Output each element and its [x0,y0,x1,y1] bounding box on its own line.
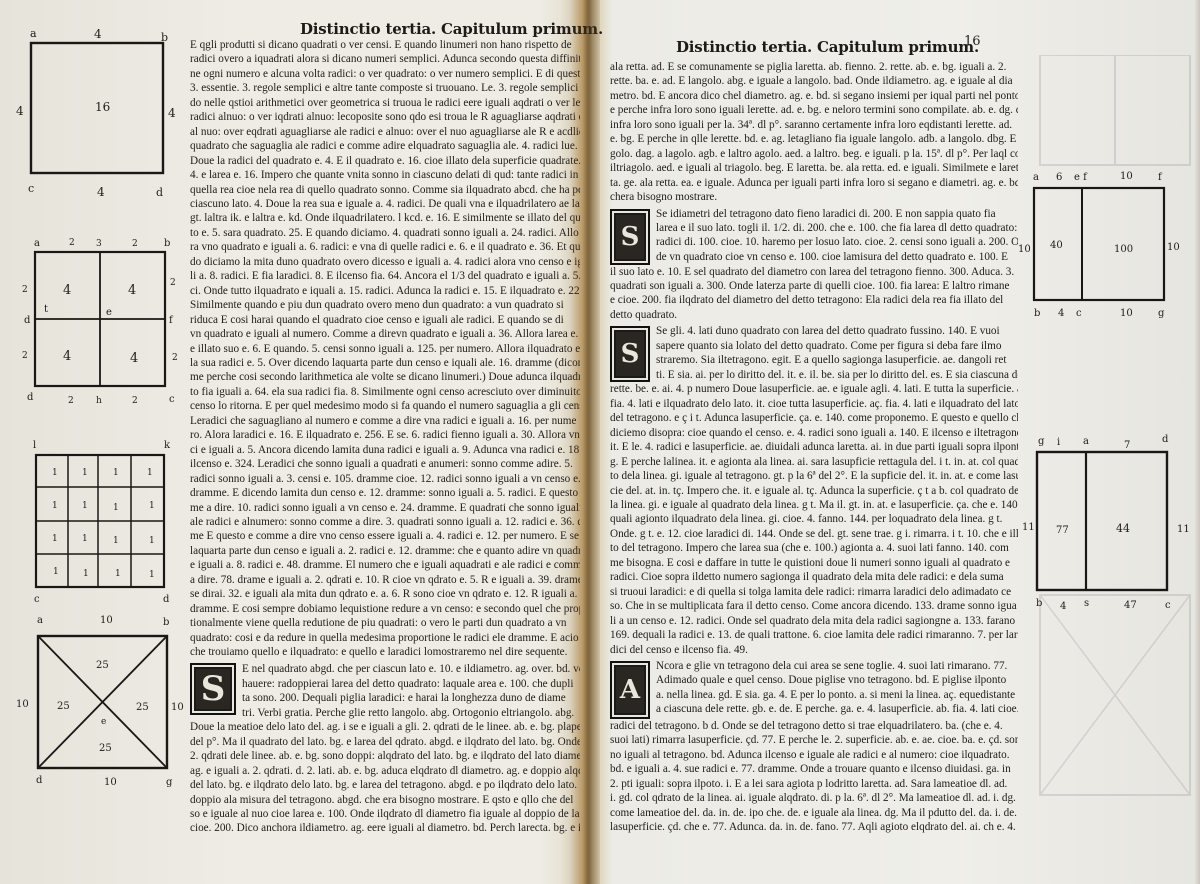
text-line: E qgli produtti si dicano quadrati o ver… [190,38,580,52]
area-label: 25 [99,743,112,754]
left-page: Distinctio tertia. Capitulum primum. a b… [0,0,585,884]
side-label: 2 [132,239,138,249]
text-line: ne ogni numero e alcuna volta radici: o … [190,67,580,81]
text-line: to e. 5. sara quadrato. 25. E quando dic… [190,226,580,240]
side-label: 10 [1120,171,1133,182]
corner-label: d [1162,434,1169,445]
cell-label: 1 [113,503,119,513]
point-label: e [101,717,106,727]
right-paragraph-block3: A Ncora e glie vn tetragono dela cui are… [610,659,1018,835]
area-label: 4 [63,283,71,298]
text-line: dramme. E dicendo lamita dun censo e. 12… [190,486,580,500]
text-line: Se idiametri del tetragono dato fieno la… [656,207,1018,221]
corner-label: a [37,615,43,626]
corner-label: a [30,27,37,40]
point-label: e [106,307,112,318]
side-label: 11 [1177,524,1190,535]
cell-label: 1 [53,567,59,577]
page-edge-shadow [1194,0,1200,884]
text-line: do diciamo la mita duno quadrato overo d… [190,255,580,269]
right-running-head: Distinctio tertia. Capitulum primum. [676,38,979,56]
text-line: 3. essentie. 3. regole semplici e altre … [190,81,580,95]
text-line: li a un censo e. 12. radici. Onde sel qu… [610,614,1018,628]
text-line: tri. Verbi gratia. Perche glie retto lan… [242,706,580,720]
text-line: me a dire. 10. radici sonno iguali a vn … [190,501,580,515]
text-line: sapere quanto sia lolato del detto quadr… [656,339,1018,353]
text-line: ciascuno lato. 4. Doue la rea sua e igua… [190,197,580,211]
area-label: 100 [1114,244,1133,255]
corner-label: c [169,394,175,405]
corner-label: g [1158,308,1165,319]
page-number: 16 [964,34,981,49]
text-line: hauere: radoppierai larea del detto quad… [242,677,580,691]
text-line: ta sono. 200. Dequali piglia laradici: e… [242,691,580,705]
text-line: radici. Cioe sopra ildetto numero sagion… [610,570,1018,584]
text-line: golo. dag. a lagolo. agb. e laltro agolo… [610,147,1018,161]
text-line: radici overo a iquadrati alora si dicano… [190,52,580,66]
text-line: il suo lato e. 10. E sel quadrato del di… [610,265,1018,279]
text-line: do nelle qstioi arithmetici over geometr… [190,96,580,110]
text-line: de vn quadrato cioe vn censo e. 100. cio… [656,250,1018,264]
text-line: radici sonno iguali a. 3. censi e. 105. … [190,472,580,486]
text-line: Onde. g t. e. 12. cioe laradici di. 144.… [610,527,1018,541]
area-label: 40 [1050,240,1063,251]
side-label: 11 [1022,522,1035,533]
area-label: 4 [63,349,71,364]
text-line: me bisogna. E cosi e daffare in tutte le… [610,556,1018,570]
text-line: e perche infra loro sono iguali lerette.… [610,103,1018,117]
figure-square-2x2: a b d c 2 3 2 2 h 2 2 d 2 2 f 2 t e 4 4 [0,230,180,434]
cell-label: 1 [149,570,155,580]
corner-label: d [163,594,170,605]
text-line: a ciascuna dele rette. gb. e. de. E perc… [656,702,1018,716]
text-line: so e iguale al nuo cioe larea e. 100. On… [190,807,580,821]
text-line: cioe. 200. Dico anchora ildiametro. ag. … [190,821,580,835]
text-line: 2. qdrati dele linee. ab. e. bg. sono do… [190,749,580,763]
text-line: radici alnuo: o ver iqdrati alnuo: lecop… [190,110,580,124]
text-line: quadrati son iguali a. 300. Onde laterza… [610,279,1018,293]
text-line: me E questo e comme a dire vno censo ess… [190,529,580,543]
area-label: 16 [95,100,110,114]
side-label: 3 [96,239,102,249]
cell-label: 1 [52,501,58,511]
text-line: quadrato: cosi e da redure in quella med… [190,631,580,645]
text-line: larea e il suo lato. togli il. 1/2. di. … [656,221,1018,235]
text-line: ag. e iguali a. 2. qdrati. d. 2. lati. a… [190,764,580,778]
corner-label: b [161,31,168,44]
text-line: lasuperficie. çd. che e. 77. Adunca. da.… [610,820,1018,834]
cell-label: 1 [149,536,155,546]
text-line: quadrato che saguaglia ale radici e comm… [190,139,580,153]
corner-label: c [1165,600,1171,611]
right-paragraph-block2: S Se gli. 4. lati duno quadrato con lare… [610,324,1018,657]
text-line: se dirai. 32. e iguali ala mita dun qdra… [190,587,580,601]
side-label: 2 [170,278,176,288]
side-label: 10 [1167,242,1180,253]
corner-label: b [1034,308,1040,319]
text-line: i. gd. col qdrato de la linea. ai. igual… [610,791,1018,805]
text-line: ta. ge. ala retta. ea. e iguale. Adunca … [610,176,1018,190]
text-line: dici del censo e ilcenso fia. 49. [610,643,1018,657]
text-line: la sua radici e. 5. Over dicendo laquart… [190,356,580,370]
text-line: ro. Alora laradici e. 16. E ilquadrato e… [190,428,580,442]
text-line: straremo. Sia iltetragono. egit. E a que… [656,353,1018,367]
cell-label: 1 [82,534,88,544]
side-label: 10 [16,699,29,710]
area-label: 4 [128,283,136,298]
side-label: d [24,315,31,326]
corner-label: g [1038,436,1045,447]
text-line: 2. pti iguali: sopra ilpoto. i. E a lei … [610,777,1018,791]
text-line: laquarta parte dun censo e iguali a. 2. … [190,544,580,558]
left-paragraph-main: E qgli produtti si dicano quadrati o ver… [190,38,580,659]
corner-label: a [34,238,40,249]
text-line: suoi lati) rimarra lasuperficie. çd. 77.… [610,733,1018,747]
cell-label: 1 [52,534,58,544]
corner-label: s [1084,598,1089,609]
figure-rect-40-100: a 6 e f 10 f b 4 c 10 g 10 10 40 100 [1020,150,1200,354]
decorated-initial-s: S [610,209,650,265]
side-label: f [169,315,174,326]
text-line: che trouiamo quello e ilquadrato: e quel… [190,645,580,659]
area-label: 25 [136,702,149,713]
side-label: 4 [16,104,24,118]
decorated-initial-s: S [190,663,236,715]
text-line: come lameatioe del. da. in. de. ipo che.… [610,806,1018,820]
side-label: 7 [1124,440,1130,451]
corner-label: a [1033,172,1039,183]
text-line: iltriagolo. aed. e iguali al triagolo. b… [610,161,1018,175]
cell-label: 1 [83,569,89,579]
text-line: Se gli. 4. lati duno quadrato con larea … [656,324,1018,338]
area-label: 4 [130,351,138,366]
figure-rect-77-44: g i a 7 d b 4 s 47 c 11 11 77 44 [1020,420,1200,624]
text-line: detto quadrato. [610,308,1018,322]
text-line: infra loro sono iguali per la. 34ª. dl p… [610,118,1018,132]
side-label: 10 [1120,308,1133,319]
side-label: 10 [100,615,113,626]
side-label: 2 [22,351,28,361]
cell-label: 1 [113,468,119,478]
cell-label: 1 [115,569,121,579]
text-line: al nuo: over eqdrati aguagliarse ale rad… [190,125,580,139]
area-label: 77 [1056,525,1069,536]
side-label: 2 [172,353,178,363]
side-label: 4 [1058,308,1064,319]
text-line: e iguali a. 8. radici e. 48. dramme. El … [190,558,580,572]
text-line: fia. 4. lati e ilquadrato delo lato. it.… [610,397,1018,411]
text-line: to del tetragono. Impero che larea sua (… [610,541,1018,555]
text-line: quali agionto ilquadrato dela linea. gi.… [610,512,1018,526]
side-label: 2 [69,238,75,248]
text-line: ci. Onde tutto ilquadrato e iquali a. 15… [190,284,580,298]
side-label: 4 [168,106,176,120]
corner-label: c [28,182,34,195]
text-line: no iguali al tetragono. bd. Adunca ilcen… [610,748,1018,762]
side-label: 4 [94,27,102,41]
text-line: rette. be. e. ai. 4. p numero Doue lasup… [610,382,1018,396]
text-line: g. E perche lalinea. it. e agionta ala l… [610,455,1018,469]
point-label: i [1057,437,1060,448]
text-line: Adimado quale e quel censo. Doue piglise… [656,673,1018,687]
corner-label: a [1083,436,1089,447]
cell-label: 1 [113,536,119,546]
side-label: 4 [97,185,105,199]
text-line: ala retta. ad. E se comunamente se pigli… [610,60,1018,74]
corner-label: f [1158,172,1163,183]
text-line: li a. 8. radici. E fia laradici. 8. E il… [190,269,580,283]
text-line: tionalmente viene quella redutione de pi… [190,616,580,630]
side-label: 47 [1124,600,1137,611]
side-label: h [96,396,102,406]
right-paragraph-block1: S Se idiametri del tetragono dato fieno … [610,207,1018,323]
text-line: doppio ala misura del tetragono. abgd. c… [190,793,580,807]
text-line: metro. bd. E ancora dico chel diametro. … [610,89,1018,103]
corner-label: e f [1074,172,1088,183]
text-line: si truoui laradici: e di quella si tolga… [610,585,1018,599]
text-line: ti. E sia. ai. per lo diritto del. it. e… [656,368,1018,382]
side-label: 10 [104,777,117,788]
text-line: me perche cosi secondo larithmetica ale … [190,370,580,384]
text-line: ale radici e alnumero: sonno comme a dir… [190,515,580,529]
corner-label: c [1076,308,1082,319]
side-label: 4 [1060,601,1066,612]
right-body-text: ala retta. ad. E se comunamente se pigli… [610,60,1018,835]
text-line: 4. e larea e. 16. Impero che quante vnit… [190,168,580,182]
text-line: del p°. Ma il quadrato del lato. bg. e l… [190,735,580,749]
text-line: radici del tetragono. b d. Onde se del t… [610,719,1018,733]
corner-label: b [163,617,169,628]
text-line: e illato suo e. 6. E quando. 5. censi so… [190,342,580,356]
text-line: ra vno quadrato e iguali a. 6. radici: e… [190,240,580,254]
cell-label: 1 [82,501,88,511]
text-line: e. bg. E perche in qlle lerette. bd. e. … [610,132,1018,146]
text-line: censo lo ritorna. E per quel medesimo mo… [190,399,580,413]
side-label: 2 [22,285,28,295]
text-line: del lato. bg. e ilqdrato delo lato. bg. … [190,778,580,792]
figure-square-4x4: l k c d 1 1 1 1 1 1 1 1 1 1 1 1 1 [0,430,180,634]
text-line: Similmente quando e piu dun quadrato ove… [190,298,580,312]
cell-label: 1 [52,468,58,478]
text-line: E nel quadrato abgd. che per ciascun lat… [242,662,580,676]
text-line: Ncora e glie vn tetragono dela cui area … [656,659,1018,673]
text-line: to fia iguali a. 64. ela sua radici fia.… [190,385,580,399]
text-line: del tetragono. e ç i t. Adunca lasuperfi… [610,411,1018,425]
text-line: it. E le. 4. radici e lasuperficie. ae. … [610,440,1018,454]
text-line: cie del. at. in. tç. Impero che. it. e i… [610,484,1018,498]
corner-label: b [1036,598,1042,609]
corner-label: d [36,775,43,786]
corner-label: l [33,440,36,451]
cell-label: 1 [82,468,88,478]
text-line: Doue la radici del quadrato e. 4. E il q… [190,154,580,168]
side-label: 2 [132,396,138,406]
text-line: to dela linea. gi. iguale al tetragono. … [610,469,1018,483]
text-line: dramme. E cosi sempre dobiamo lequistion… [190,602,580,616]
corner-label: c [34,594,40,605]
side-label: 6 [1056,172,1062,183]
cell-label: 1 [147,468,153,478]
area-label: 44 [1116,522,1130,535]
figure-square-16: a b c d 4 4 4 4 16 [0,0,180,224]
corner-label: g [166,777,173,788]
right-paragraph-top: ala retta. ad. E se comunamente se pigli… [610,60,1018,205]
side-label: 2 [68,396,74,406]
text-line: a dire. 78. drame e iguali a. 2. qdrati … [190,573,580,587]
text-line: Leradici che saguagliano al numero e com… [190,414,580,428]
area-label: 25 [57,701,70,712]
side-label: 10 [171,702,184,713]
text-line: so. Che in se multiplicata fara il detto… [610,599,1018,613]
text-line: radici di. 100. cioe. 10. haremo per los… [656,235,1018,249]
corner-label: d [156,186,163,199]
corner-label: d [27,392,34,403]
figure-square-diagonals: a 10 b 10 10 d 10 g e 25 25 25 25 [0,620,180,824]
text-line: riduca E cosi harai quando el quadrato c… [190,313,580,327]
text-line: gt. laltra ik. e laltra e. kd. Onde ilqu… [190,211,580,225]
left-body-text: E qgli produtti si dicano quadrati o ver… [190,38,580,836]
text-line: vn quadrato e iguali al numero. Comme a … [190,327,580,341]
corner-label: b [164,238,170,249]
text-line: 169. dequali la radici e. 13. de quali t… [610,628,1018,642]
side-label: 10 [1018,244,1031,255]
text-line: quella rea cioe nela rea di quello quadr… [190,183,580,197]
text-line: e cioe. 200. fia ilqdrato del diametro d… [610,293,1018,307]
text-line: bd. e iguali a. 4. sue radici e. 77. dra… [610,762,1018,776]
cell-label: 1 [149,501,155,511]
decorated-initial-s: S [610,326,650,382]
text-line: ci e iguali a. 5. Ancora dicendo lamita … [190,443,580,457]
decorated-initial-a: A [610,661,650,719]
text-line: rette. ba. e. ad. E langolo. abg. e igua… [610,74,1018,88]
text-line: a. nella linea. gd. E sia. ga. 4. E per … [656,688,1018,702]
left-running-head: Distinctio tertia. Capitulum primum. [300,20,603,38]
point-label: t [44,304,48,315]
right-page: Distinctio tertia. Capitulum primum. 16 … [594,0,1200,884]
corner-label: k [164,440,171,451]
text-line: chera bisogno mostrare. [610,190,1018,204]
text-line: diciemo disopra: cioe quando el censo. e… [610,426,1018,440]
text-line: la linea. gi. e iguale al quadrato dela … [610,498,1018,512]
text-line: ilcenso e. 324. Leradici che sonno igual… [190,457,580,471]
area-label: 25 [96,660,109,671]
open-book-spread: Distinctio tertia. Capitulum primum. a b… [0,0,1200,884]
left-paragraph-initial: S E nel quadrato abgd. che per ciascun l… [190,662,580,835]
text-line: Doue la meatioe delo lato del. ag. i se … [190,720,580,734]
